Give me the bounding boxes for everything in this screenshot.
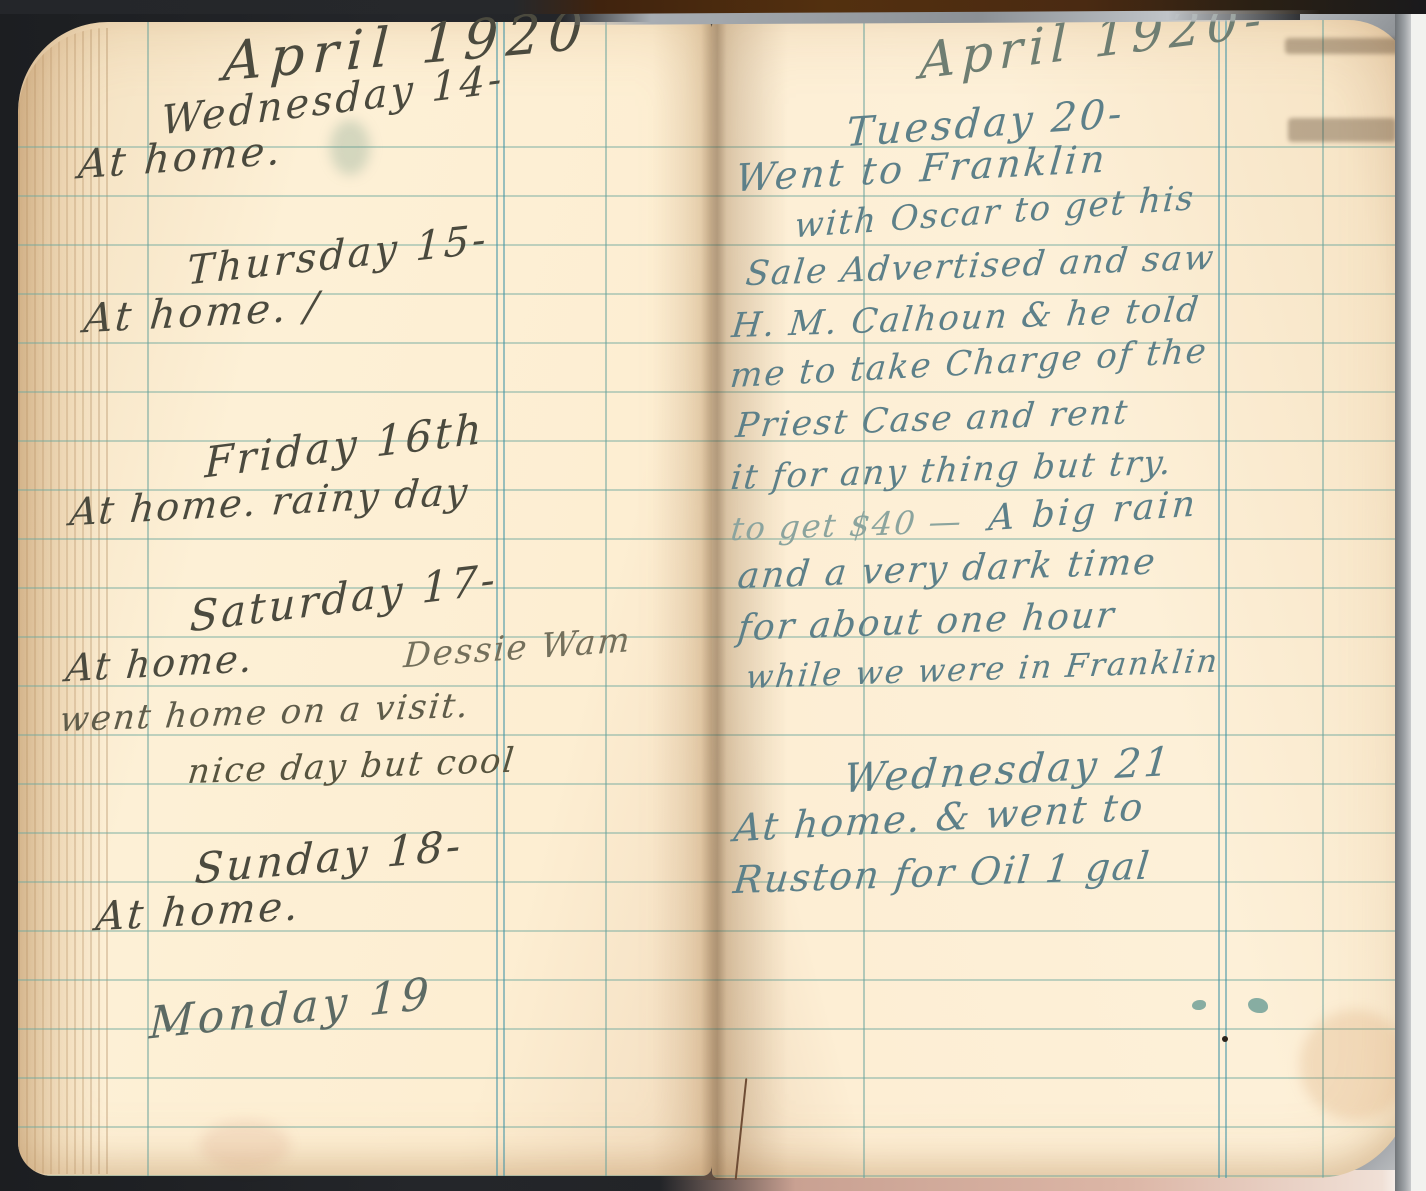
smudge-mark	[1285, 38, 1405, 54]
ink-shadow-stain	[330, 120, 370, 175]
ink-dot	[1222, 1036, 1228, 1042]
ledger-rule	[1322, 20, 1324, 1178]
paper-stain	[200, 1120, 290, 1170]
ruled-lines-horizontal	[18, 146, 712, 1176]
ledger-rule	[605, 22, 607, 1176]
ledger-rule	[863, 20, 865, 1178]
ruled-lines-horizontal	[712, 146, 1412, 1178]
foxing-stain	[1300, 1010, 1410, 1120]
notebook-scan: April 1920Wednesday 14-At home.Thursday …	[0, 0, 1426, 1191]
ledger-double-rule	[1218, 20, 1220, 1178]
ledger-double-rule	[1225, 20, 1227, 1178]
diary-page-left	[18, 22, 712, 1176]
diary-page-right	[712, 20, 1412, 1178]
scan-edge-white	[1411, 0, 1426, 1191]
ledger-double-rule	[496, 22, 498, 1176]
margin-rule	[147, 22, 149, 1176]
ink-blot	[1248, 998, 1268, 1013]
smudge-mark	[1288, 118, 1396, 142]
scan-edge-gray	[1395, 0, 1411, 1191]
ledger-double-rule	[503, 22, 505, 1176]
